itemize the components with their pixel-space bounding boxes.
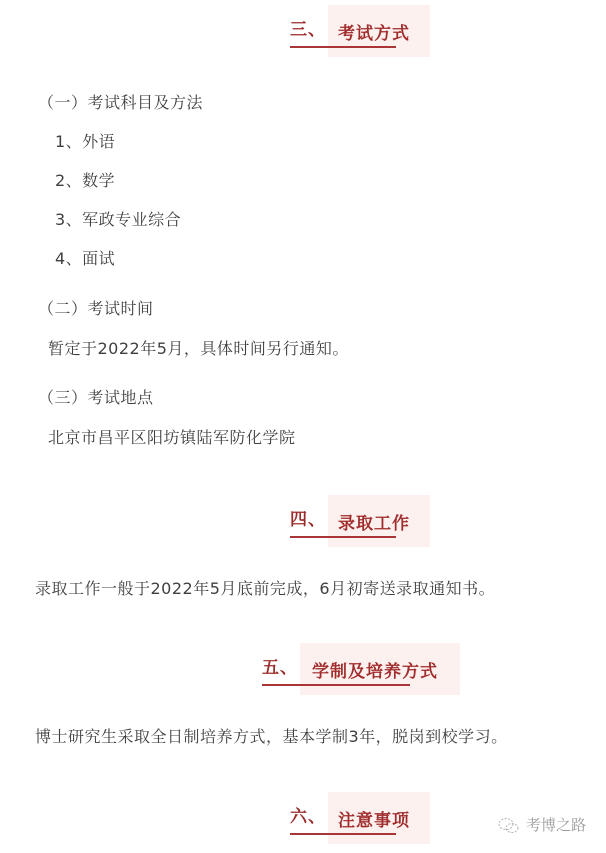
section-underline bbox=[290, 46, 396, 48]
subject-item: 3、军政专业综合 bbox=[55, 207, 181, 230]
subheading-exam-subjects: （一）考试科目及方法 bbox=[38, 90, 203, 113]
section-title: 录取工作 bbox=[338, 509, 410, 534]
section-underline bbox=[290, 536, 396, 538]
subheading-exam-time: （二）考试时间 bbox=[38, 296, 154, 319]
subject-item: 4、面试 bbox=[55, 246, 115, 269]
section-number: 四、 bbox=[290, 505, 326, 530]
section-number: 五、 bbox=[262, 653, 298, 678]
section-number: 三、 bbox=[290, 15, 326, 40]
section-header-4: 四、 录取工作 bbox=[290, 495, 432, 547]
subject-item: 1、外语 bbox=[55, 129, 115, 152]
wechat-icon bbox=[498, 817, 520, 835]
subject-item: 2、数学 bbox=[55, 168, 115, 191]
section-header-6: 六、 注意事项 bbox=[290, 792, 432, 844]
section-header-3: 三、 考试方式 bbox=[290, 5, 432, 57]
section-title: 考试方式 bbox=[338, 19, 410, 44]
watermark-text: 考博之路 bbox=[526, 816, 586, 834]
section-underline bbox=[290, 833, 396, 835]
exam-time-text: 暂定于2022年5月，具体时间另行通知。 bbox=[48, 336, 349, 359]
section-header-5: 五、 学制及培养方式 bbox=[262, 643, 460, 695]
section-title: 注意事项 bbox=[338, 806, 410, 831]
admission-text: 录取工作一般于2022年5月底前完成，6月初寄送录取通知书。 bbox=[35, 576, 495, 599]
exam-place-text: 北京市昌平区阳坊镇陆军防化学院 bbox=[48, 425, 296, 448]
schooling-text: 博士研究生采取全日制培养方式，基本学制3年，脱岗到校学习。 bbox=[35, 724, 508, 747]
watermark: 考博之路 bbox=[498, 814, 586, 835]
section-number: 六、 bbox=[290, 802, 326, 827]
section-underline bbox=[262, 684, 410, 686]
subheading-exam-place: （三）考试地点 bbox=[38, 385, 154, 408]
section-title: 学制及培养方式 bbox=[312, 657, 438, 682]
